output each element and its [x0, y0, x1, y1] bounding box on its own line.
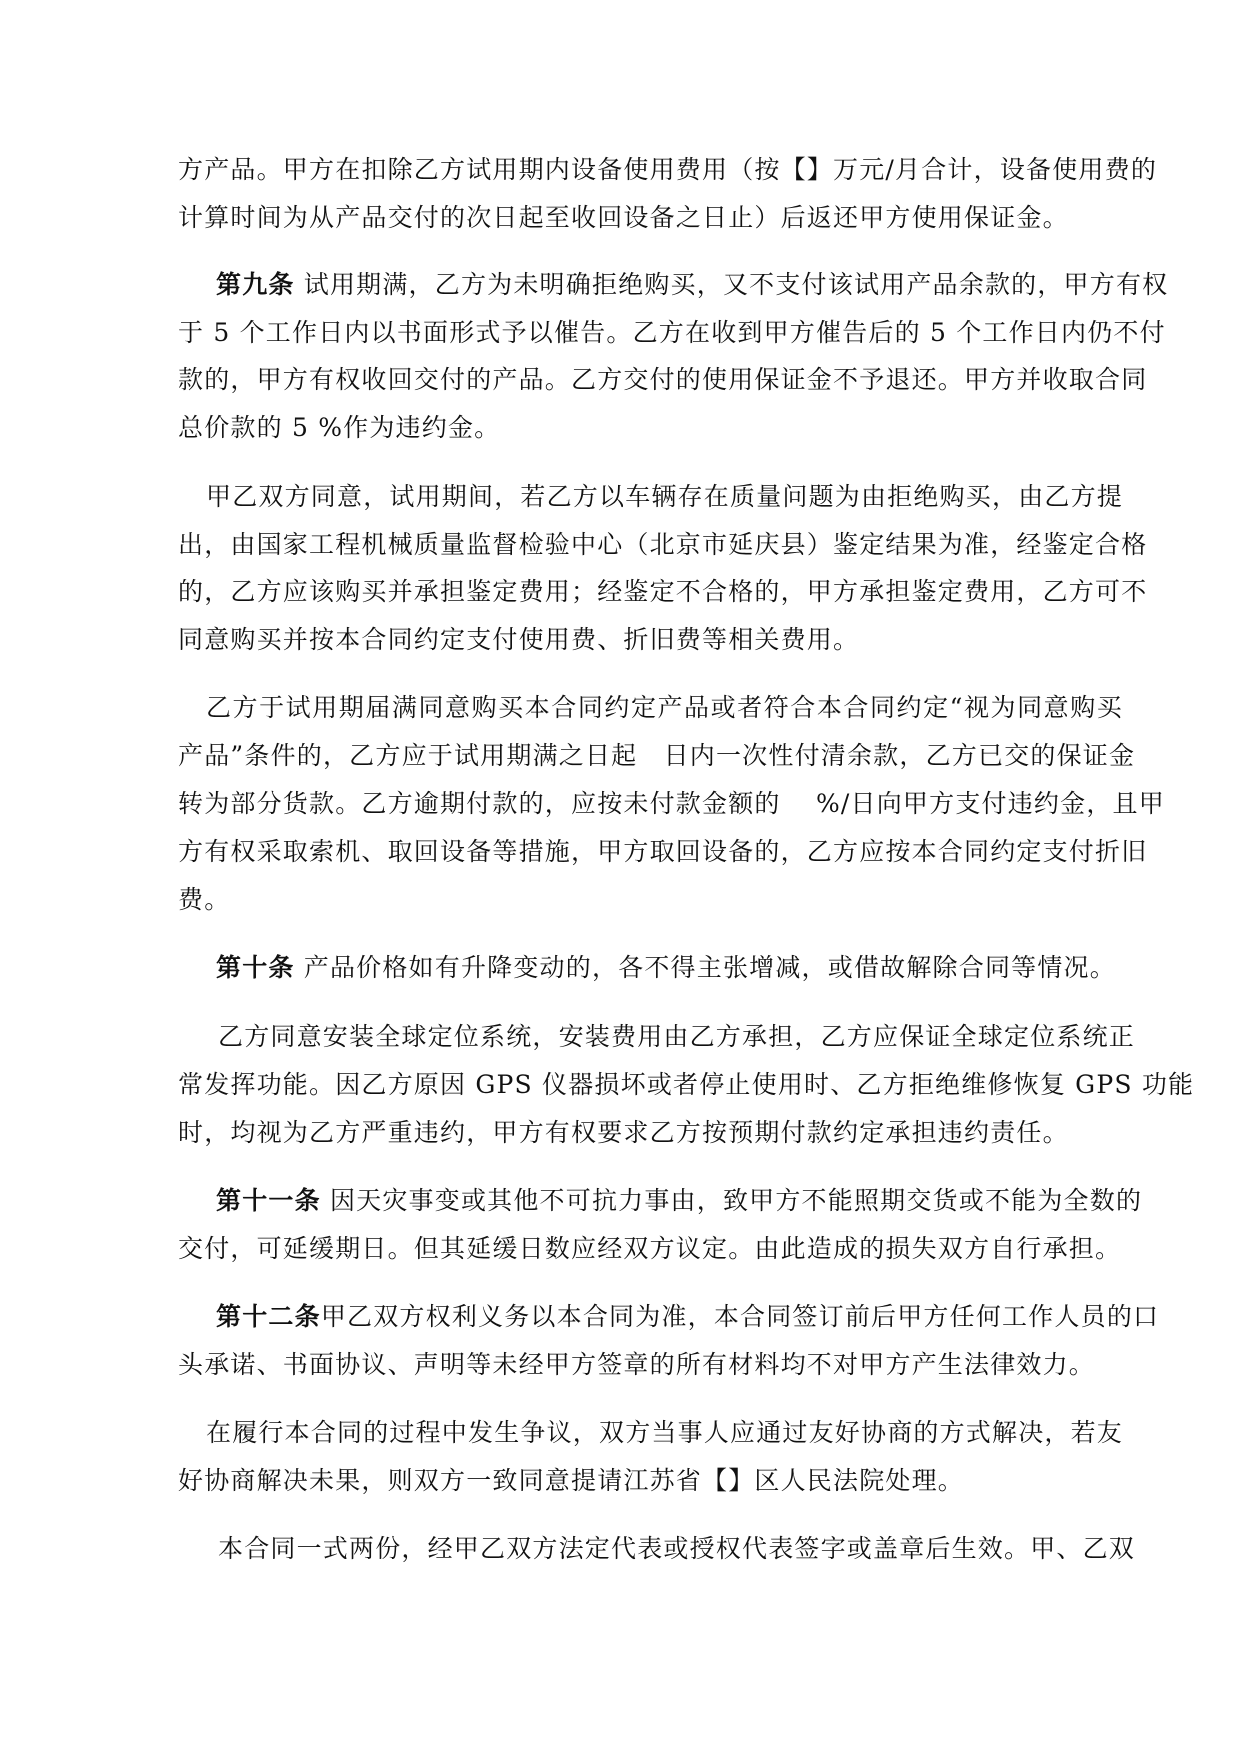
line-text: 方产品。甲方在扣除乙方试用期内设备使用费用（按【】万元/月合计，设备使用费的 — [178, 155, 1157, 184]
line-text: 时，均视为乙方严重违约，甲方有权要求乙方按预期付款约定承担违约责任。 — [178, 1118, 1069, 1147]
line-text: 交付，可延缓期日。但其延缓日数应经双方议定。由此造成的损失双方自行承担。 — [178, 1234, 1121, 1263]
line-text: 同意购买并按本合同约定支付使用费、折旧费等相关费用。 — [178, 625, 859, 654]
line-text: 在履行本合同的过程中发生争议，双方当事人应通过友好协商的方式解决，若友 — [206, 1418, 1123, 1447]
line-text: 总价款的 5 %作为违约金。 — [178, 413, 500, 442]
text-line: 总价款的 5 %作为违约金。 — [178, 412, 1123, 444]
text-line: 计算时间为从产品交付的次日起至收回设备之日止）后返还甲方使用保证金。 — [178, 202, 1123, 234]
text-line: 于 5 个工作日内以书面形式予以催告。乙方在收到甲方催告后的 5 个工作日内仍不… — [178, 317, 1123, 349]
line-text: 常发挥功能。因乙方原因 GPS 仪器损坏或者停止使用时、乙方拒绝维修恢复 GPS… — [178, 1070, 1194, 1099]
line-text: 甲乙双方权利义务以本合同为准，本合同签订前后甲方任何工作人员的口 — [321, 1302, 1159, 1331]
line-text: 转为部分货款。乙方逾期付款的，应按未付款金额的 %/日向甲方支付违约金，且甲 — [178, 789, 1165, 818]
article-heading: 第十条 — [216, 953, 295, 982]
line-text: 乙方同意安装全球定位系统，安装费用由乙方承担，乙方应保证全球定位系统正 — [218, 1022, 1135, 1051]
text-line: 方有权采取索机、取回设备等措施，甲方取回设备的，乙方应按本合同约定支付折旧 — [178, 836, 1123, 868]
text-line: 交付，可延缓期日。但其延缓日数应经双方议定。由此造成的损失双方自行承担。 — [178, 1233, 1123, 1265]
text-line: 出，由国家工程机械质量监督检验中心（北京市延庆县）鉴定结果为准，经鉴定合格 — [178, 529, 1123, 561]
text-line: 方产品。甲方在扣除乙方试用期内设备使用费用（按【】万元/月合计，设备使用费的 — [178, 154, 1123, 186]
text-line: 转为部分货款。乙方逾期付款的，应按未付款金额的 %/日向甲方支付违约金，且甲 — [178, 788, 1123, 820]
text-line: 甲乙双方同意，试用期间，若乙方以车辆存在质量问题为由拒绝购买，由乙方提 — [206, 481, 1123, 513]
line-text: 于 5 个工作日内以书面形式予以催告。乙方在收到甲方催告后的 5 个工作日内仍不… — [178, 318, 1166, 347]
text-line: 第九条 试用期满，乙方为未明确拒绝购买，又不支付该试用产品余款的，甲方有权 — [216, 269, 1123, 301]
text-line: 第十一条 因天灾事变或其他不可抗力事由，致甲方不能照期交货或不能为全数的 — [216, 1185, 1123, 1217]
line-text: 好协商解决未果，则双方一致同意提请江苏省【】区人民法院处理。 — [178, 1466, 964, 1495]
line-text: 产品价格如有升降变动的，各不得主张增减，或借故解除合同等情况。 — [295, 953, 1116, 982]
article-heading: 第九条 — [216, 270, 295, 299]
text-line: 第十二条甲乙双方权利义务以本合同为准，本合同签订前后甲方任何工作人员的口 — [216, 1301, 1123, 1333]
text-line: 常发挥功能。因乙方原因 GPS 仪器损坏或者停止使用时、乙方拒绝维修恢复 GPS… — [178, 1069, 1123, 1101]
line-text: 的，乙方应该购买并承担鉴定费用；经鉴定不合格的，甲方承担鉴定费用，乙方可不 — [178, 577, 1147, 606]
text-line: 产品”条件的，乙方应于试用期满之日起 日内一次性付清余款，乙方已交的保证金 — [178, 740, 1123, 772]
text-line: 头承诺、书面协议、声明等未经甲方签章的所有材料均不对甲方产生法律效力。 — [178, 1349, 1123, 1381]
text-line: 时，均视为乙方严重违约，甲方有权要求乙方按预期付款约定承担违约责任。 — [178, 1117, 1123, 1149]
text-line: 款的，甲方有权收回交付的产品。乙方交付的使用保证金不予退还。甲方并收取合同 — [178, 364, 1123, 396]
line-text: 因天灾事变或其他不可抗力事由，致甲方不能照期交货或不能为全数的 — [321, 1186, 1142, 1215]
line-text: 乙方于试用期届满同意购买本合同约定产品或者符合本合同约定“视为同意购买 — [206, 693, 1123, 722]
line-text: 费。 — [178, 885, 230, 914]
line-text: 产品”条件的，乙方应于试用期满之日起 日内一次性付清余款，乙方已交的保证金 — [178, 741, 1135, 770]
text-line: 同意购买并按本合同约定支付使用费、折旧费等相关费用。 — [178, 624, 1123, 656]
text-line: 乙方同意安装全球定位系统，安装费用由乙方承担，乙方应保证全球定位系统正 — [218, 1021, 1123, 1053]
line-text: 本合同一式两份，经甲乙双方法定代表或授权代表签字或盖章后生效。甲、乙双 — [218, 1534, 1135, 1563]
line-text: 试用期满，乙方为未明确拒绝购买，又不支付该试用产品余款的，甲方有权 — [295, 270, 1169, 299]
text-line: 乙方于试用期届满同意购买本合同约定产品或者符合本合同约定“视为同意购买 — [206, 692, 1123, 724]
document-page: 方产品。甲方在扣除乙方试用期内设备使用费用（按【】万元/月合计，设备使用费的计算… — [0, 0, 1240, 1753]
article-heading: 第十一条 — [216, 1186, 321, 1215]
line-text: 甲乙双方同意，试用期间，若乙方以车辆存在质量问题为由拒绝购买，由乙方提 — [206, 482, 1123, 511]
line-text: 款的，甲方有权收回交付的产品。乙方交付的使用保证金不予退还。甲方并收取合同 — [178, 365, 1147, 394]
text-line: 的，乙方应该购买并承担鉴定费用；经鉴定不合格的，甲方承担鉴定费用，乙方可不 — [178, 576, 1123, 608]
article-heading: 第十二条 — [216, 1302, 321, 1331]
text-line: 费。 — [178, 884, 1123, 916]
text-line: 第十条 产品价格如有升降变动的，各不得主张增减，或借故解除合同等情况。 — [216, 952, 1123, 984]
line-text: 出，由国家工程机械质量监督检验中心（北京市延庆县）鉴定结果为准，经鉴定合格 — [178, 530, 1147, 559]
line-text: 头承诺、书面协议、声明等未经甲方签章的所有材料均不对甲方产生法律效力。 — [178, 1350, 1095, 1379]
text-line: 在履行本合同的过程中发生争议，双方当事人应通过友好协商的方式解决，若友 — [206, 1417, 1123, 1449]
line-text: 计算时间为从产品交付的次日起至收回设备之日止）后返还甲方使用保证金。 — [178, 203, 1069, 232]
line-text: 方有权采取索机、取回设备等措施，甲方取回设备的，乙方应按本合同约定支付折旧 — [178, 837, 1147, 866]
text-line: 好协商解决未果，则双方一致同意提请江苏省【】区人民法院处理。 — [178, 1465, 1123, 1497]
text-line: 本合同一式两份，经甲乙双方法定代表或授权代表签字或盖章后生效。甲、乙双 — [218, 1533, 1123, 1565]
